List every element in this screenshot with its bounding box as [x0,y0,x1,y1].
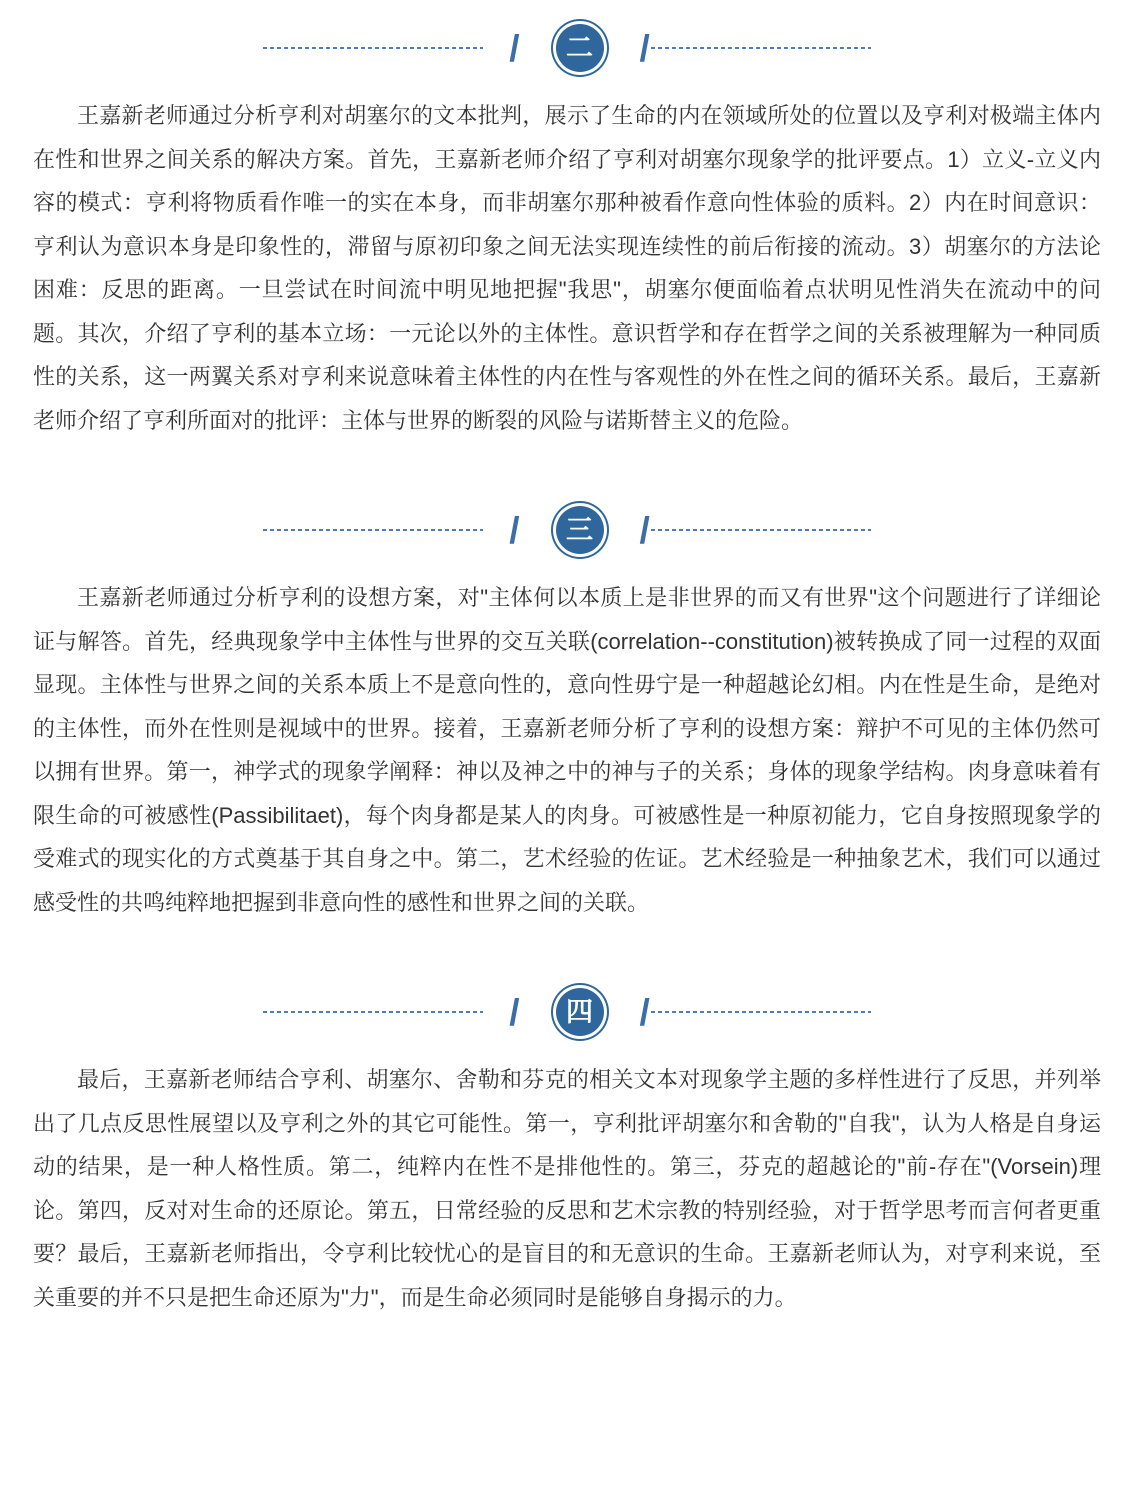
article-section-2: / 二 / 王嘉新老师通过分析亨利对胡塞尔的文本批判，展示了生命的内在领域所处的… [33,18,1101,442]
section-number-label: 四 [566,999,593,1026]
divider-dash-line-left [263,47,483,49]
section-number-badge: 二 [556,24,604,72]
divider-slash-right: / [640,512,650,549]
divider-dash-line-right [651,47,871,49]
section-divider: / 四 / [33,982,1101,1042]
section-number-label: 三 [566,517,593,544]
article-page: / 二 / 王嘉新老师通过分析亨利对胡塞尔的文本批判，展示了生命的内在领域所处的… [0,0,1121,1339]
section-paragraph: 王嘉新老师通过分析亨利的设想方案，对"主体何以本质上是非世界的而又有世界"这个问… [33,576,1101,924]
divider-dash-line-right [651,1011,871,1013]
article-section-3: / 三 / 王嘉新老师通过分析亨利的设想方案，对"主体何以本质上是非世界的而又有… [33,500,1101,924]
section-divider: / 三 / [33,500,1101,560]
divider-slash-left: / [509,994,519,1031]
section-number-badge: 四 [556,988,604,1036]
article-section-4: / 四 / 最后，王嘉新老师结合亨利、胡塞尔、舍勒和芬克的相关文本对现象学主题的… [33,982,1101,1319]
divider-slash-left: / [509,30,519,67]
section-paragraph: 王嘉新老师通过分析亨利对胡塞尔的文本批判，展示了生命的内在领域所处的位置以及亨利… [33,94,1101,442]
section-divider: / 二 / [33,18,1101,78]
divider-dash-line-right [651,529,871,531]
divider-slash-left: / [509,512,519,549]
divider-slash-right: / [640,994,650,1031]
divider-slash-right: / [640,30,650,67]
divider-dash-line-left [263,1011,483,1013]
section-number-label: 二 [566,35,593,62]
section-paragraph: 最后，王嘉新老师结合亨利、胡塞尔、舍勒和芬克的相关文本对现象学主题的多样性进行了… [33,1058,1101,1319]
divider-dash-line-left [263,529,483,531]
section-number-badge: 三 [556,506,604,554]
